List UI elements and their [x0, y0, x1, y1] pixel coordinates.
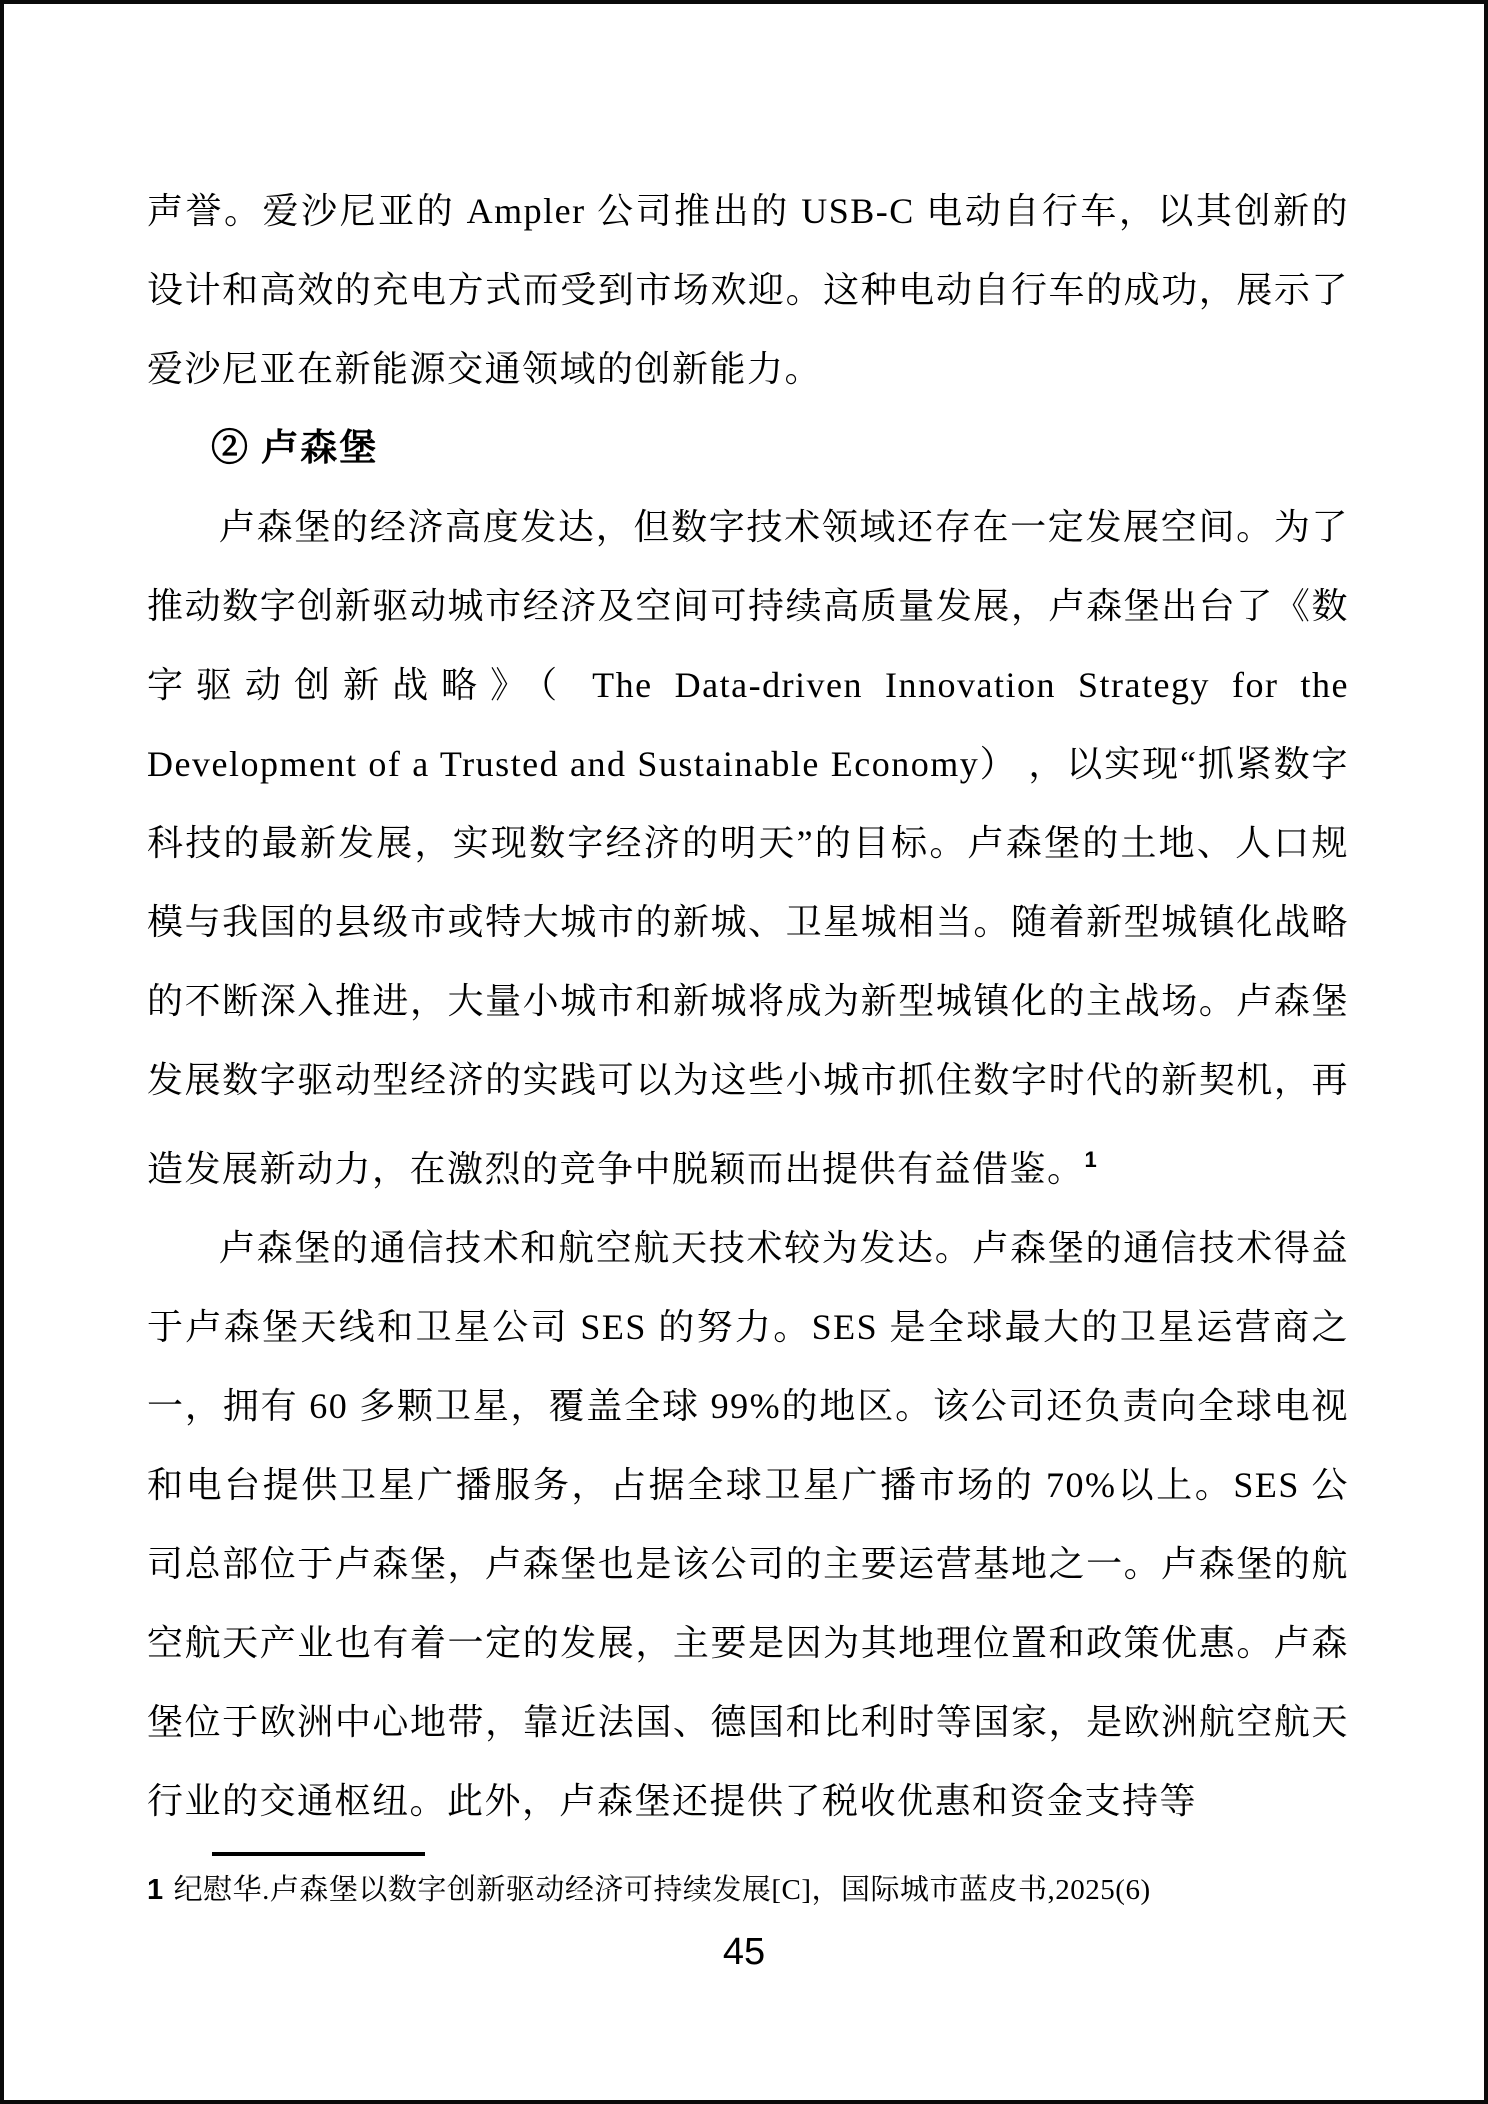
footnote-text: 纪慰华.卢森堡以数字创新驱动经济可持续发展[C]，国际城市蓝皮书,2025(6) — [174, 1874, 1151, 1906]
footnote-entry: 1纪慰华.卢森堡以数字创新驱动经济可持续发展[C]，国际城市蓝皮书,2025(6… — [147, 1870, 1349, 1910]
paragraph-estonia-ampler: 声誉。爱沙尼亚的 Ampler 公司推出的 USB-C 电动自行车，以其创新的设… — [147, 172, 1349, 409]
page-body: 声誉。爱沙尼亚的 Ampler 公司推出的 USB-C 电动自行车，以其创新的设… — [147, 172, 1349, 1841]
document-page: 声誉。爱沙尼亚的 Ampler 公司推出的 USB-C 电动自行车，以其创新的设… — [0, 0, 1488, 2104]
paragraph-luxembourg-technology: 卢森堡的通信技术和航空航天技术较为发达。卢森堡的通信技术得益于卢森堡天线和卫星公… — [147, 1209, 1349, 1841]
footnote-separator-line — [212, 1852, 425, 1856]
paragraph-luxembourg-strategy: 卢森堡的经济高度发达，但数字技术领域还存在一定发展空间。为了推动数字创新驱动城市… — [147, 488, 1349, 1209]
footnote-reference-1: 1 — [1085, 1147, 1097, 1172]
footnote-marker: 1 — [147, 1874, 164, 1906]
page-number: 45 — [4, 1929, 1484, 1975]
footnote-area: 1纪慰华.卢森堡以数字创新驱动经济可持续发展[C]，国际城市蓝皮书,2025(6… — [147, 1852, 1349, 1910]
paragraph-luxembourg-strategy-text: 卢森堡的经济高度发达，但数字技术领域还存在一定发展空间。为了推动数字创新驱动城市… — [147, 507, 1349, 1189]
section-heading-luxembourg: ② 卢森堡 — [147, 409, 1349, 488]
